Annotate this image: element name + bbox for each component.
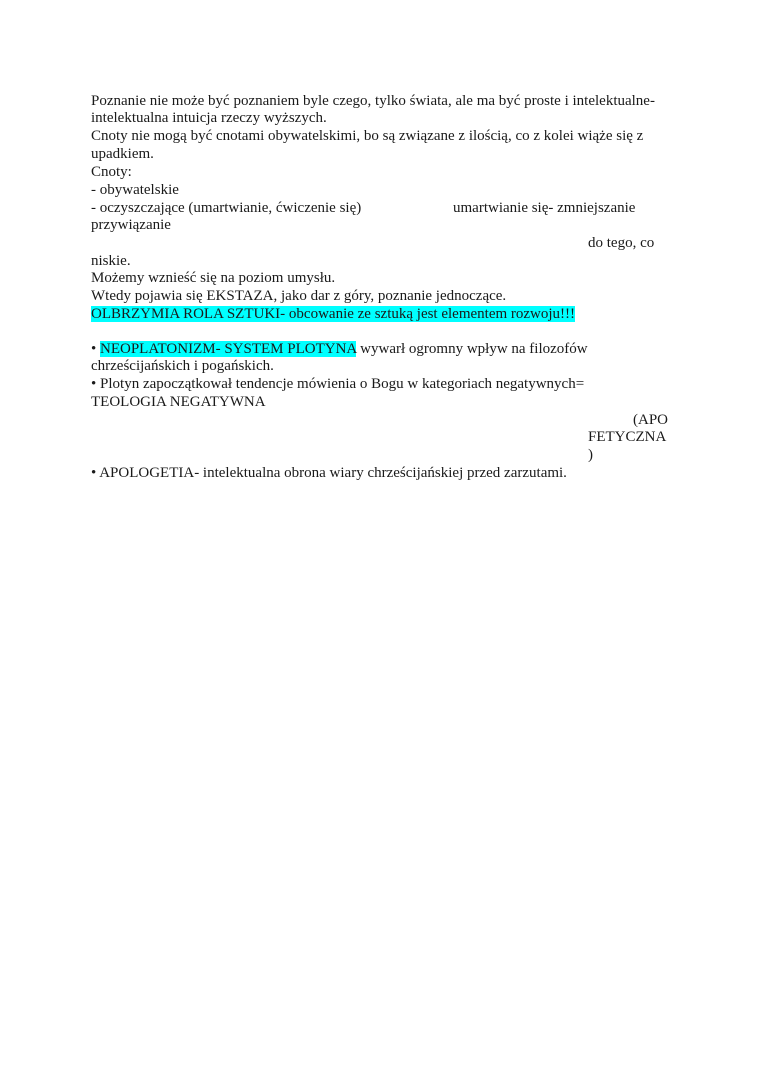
- paragraph-line: Możemy wznieść się na poziom umysłu.: [91, 269, 335, 287]
- list-item: - oczyszczające (umartwianie, ćwiczenie …: [91, 199, 361, 217]
- list-item: - obywatelskie: [91, 181, 179, 199]
- bullet-text: APOLOGETIA- intelektualna obrona wiary c…: [99, 465, 567, 481]
- highlighted-line: OLBRZYMIA ROLA SZTUKI- obcowanie ze sztu…: [91, 305, 575, 323]
- highlighted-text: NEOPLATONIZM- SYSTEM PLOTYNA: [100, 341, 356, 357]
- bullet-continuation: chrześcijańskich i pogańskich.: [91, 357, 274, 375]
- heading-cnoty: Cnoty:: [91, 163, 132, 181]
- highlighted-text: OLBRZYMIA ROLA SZTUKI- obcowanie ze sztu…: [91, 306, 575, 322]
- paragraph-line: Wtedy pojawia się EKSTAZA, jako dar z gó…: [91, 287, 506, 305]
- bullet-continuation: TEOLOGIA NEGATYWNA: [91, 393, 266, 411]
- floating-note: do tego, co: [588, 234, 654, 252]
- bullet-text: Plotyn zapoczątkował tendencje mówienia …: [100, 376, 584, 392]
- paragraph-line: upadkiem.: [91, 145, 154, 163]
- document-page: Poznanie nie może być poznaniem byle cze…: [0, 0, 760, 1075]
- floating-note: umartwianie się- zmniejszanie: [453, 199, 635, 217]
- bullet-text: wywarł ogromny wpływ na filozofów: [356, 341, 587, 357]
- side-note-line: (APO: [633, 411, 668, 429]
- paragraph-line: Cnoty nie mogą być cnotami obywatelskimi…: [91, 127, 643, 145]
- side-note-line: ): [588, 446, 593, 464]
- side-note-line: FETYCZNA: [588, 428, 666, 446]
- bullet-item: • Plotyn zapoczątkował tendencje mówieni…: [91, 375, 584, 393]
- bullet-item: • APOLOGETIA- intelektualna obrona wiary…: [91, 464, 567, 482]
- paragraph-line: intelektualna intuicja rzeczy wyższych.: [91, 109, 327, 127]
- bullet-icon: •: [91, 465, 96, 481]
- bullet-item: • NEOPLATONIZM- SYSTEM PLOTYNA wywarł og…: [91, 340, 588, 358]
- paragraph-line: niskie.: [91, 252, 131, 270]
- bullet-icon: •: [91, 376, 96, 392]
- paragraph-line: Poznanie nie może być poznaniem byle cze…: [91, 92, 655, 110]
- bullet-icon: •: [91, 341, 96, 357]
- paragraph-line: przywiązanie: [91, 216, 171, 234]
